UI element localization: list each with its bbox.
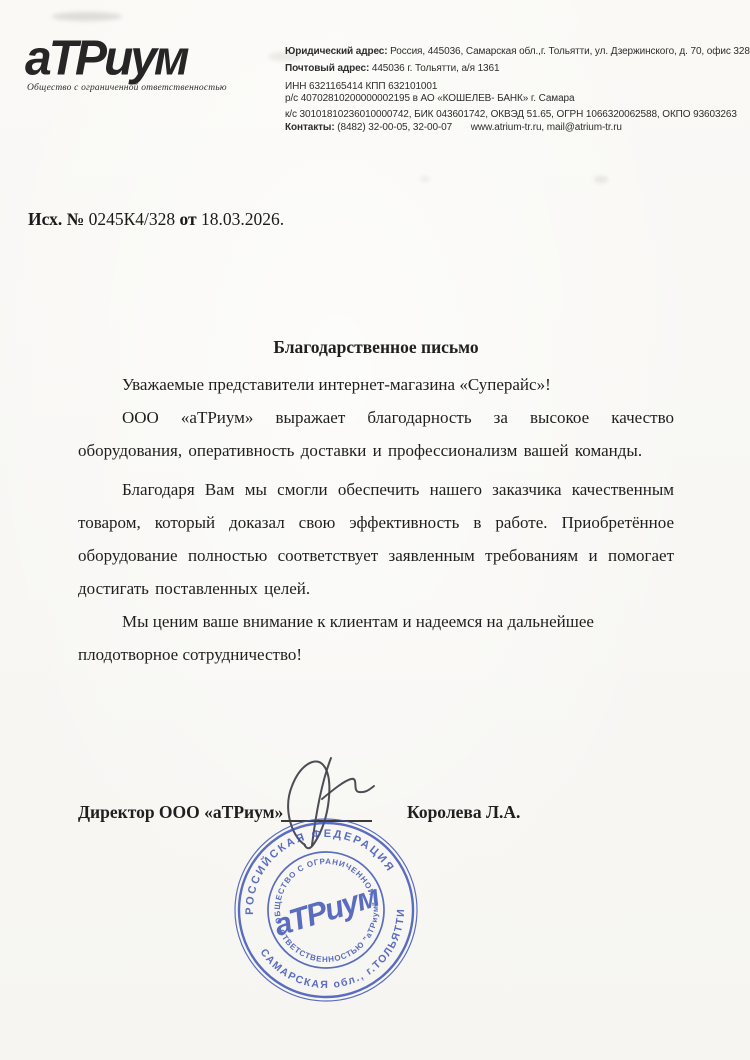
scan-smudge [594, 176, 608, 183]
postal-address-line: Почтовый адрес: 445036 г. Тольятти, а/я … [285, 63, 745, 75]
scan-smudge [420, 176, 430, 182]
letter-title: Благодарственное письмо [78, 336, 674, 358]
settlement-account-line: р/с 40702810200000002195 в АО «КОШЕЛЕВ- … [285, 93, 745, 105]
ref-prefix: Исх. № [28, 209, 84, 229]
closing-paragraph-line1: Мы ценим ваше внимание к клиентам и наде… [78, 605, 674, 638]
postal-address-value: 445036 г. Тольятти, а/я 1361 [372, 63, 500, 74]
legal-address-value: Россия, 445036, Самарская обл.,г. Тольят… [390, 46, 750, 57]
company-logo-text: аТРиум [25, 36, 275, 83]
legal-address-line: Юридический адрес: Россия, 445036, Самар… [285, 46, 745, 58]
signer-name: Королева Л.А. [407, 802, 520, 823]
salutation-paragraph: Уважаемые представители интернет-магазин… [78, 368, 674, 401]
letterhead-details: Юридический адрес: Россия, 445036, Самар… [285, 46, 745, 134]
postal-address-label: Почтовый адрес: [285, 63, 369, 74]
corr-account-value: к/с 30101810236010000742, БИК 043601742,… [285, 109, 737, 120]
signer-position-title: Директор ООО «аТРиум» [78, 802, 283, 823]
contacts-label: Контакты: [285, 122, 335, 133]
contacts-line: Контакты: (8482) 32-00-05, 32-00-07 www.… [285, 122, 745, 134]
letter-page: аТРиум Общество с ограниченной ответстве… [0, 0, 750, 1060]
company-logo: аТРиум Общество с ограниченной ответстве… [25, 36, 275, 93]
inn-kpp-line: ИНН 6321165414 КПП 632101001 [285, 81, 745, 93]
ref-number: 0245К4/328 [89, 209, 176, 229]
letter-body: Благодарственное письмо Уважаемые предст… [78, 336, 674, 671]
closing-paragraph-line2: плодотворное сотрудничество! [78, 638, 674, 671]
gratitude-paragraph: ООО «аТРиум» выражает благодарность за в… [78, 401, 674, 467]
inn-kpp-value: ИНН 6321165414 КПП 632101001 [285, 81, 437, 92]
ref-date: 18.03.2026. [201, 209, 284, 229]
outgoing-ref-line: Исх. № 0245К4/328 от 18.03.2026. [28, 209, 284, 230]
company-round-stamp: РОССИЙСКАЯ ФЕДЕРАЦИЯ САМАРСКАЯ обл., г.Т… [207, 791, 444, 1028]
contacts-web-email: www.atrium-tr.ru, mail@atrium-tr.ru [471, 122, 622, 133]
settlement-account-value: р/с 40702810200000002195 в АО «КОШЕЛЕВ- … [285, 93, 574, 104]
quality-paragraph: Благодаря Вам мы смогли обеспечить нашег… [78, 473, 674, 605]
scan-smudge [52, 12, 122, 21]
corr-account-line: к/с 30101810236010000742, БИК 043601742,… [285, 109, 745, 121]
contacts-phones: (8482) 32-00-05, 32-00-07 [337, 122, 452, 133]
legal-address-label: Юридический адрес: [285, 46, 387, 57]
ref-preposition: от [180, 209, 197, 229]
